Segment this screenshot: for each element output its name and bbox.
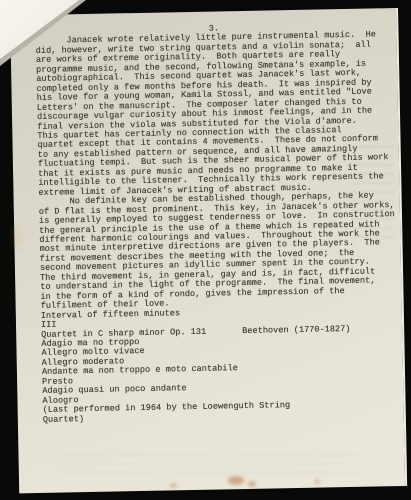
- rust-stain: [228, 476, 244, 485]
- paragraph-key-analysis: No definite key can be established thoug…: [39, 191, 394, 311]
- document-page: 3. Janacek wrote relatively little pure …: [10, 8, 407, 493]
- edge-stain: [12, 222, 22, 250]
- movement-list: Adagio ma no troppo Allegro molto vivace…: [41, 333, 395, 406]
- photo-background: 3. Janacek wrote relatively little pure …: [0, 0, 411, 500]
- rust-stain: [248, 481, 256, 487]
- paragraph-janacek: Janacek wrote relatively little pure ins…: [35, 31, 391, 198]
- rust-stain: [314, 479, 320, 484]
- rust-stain: [170, 483, 177, 488]
